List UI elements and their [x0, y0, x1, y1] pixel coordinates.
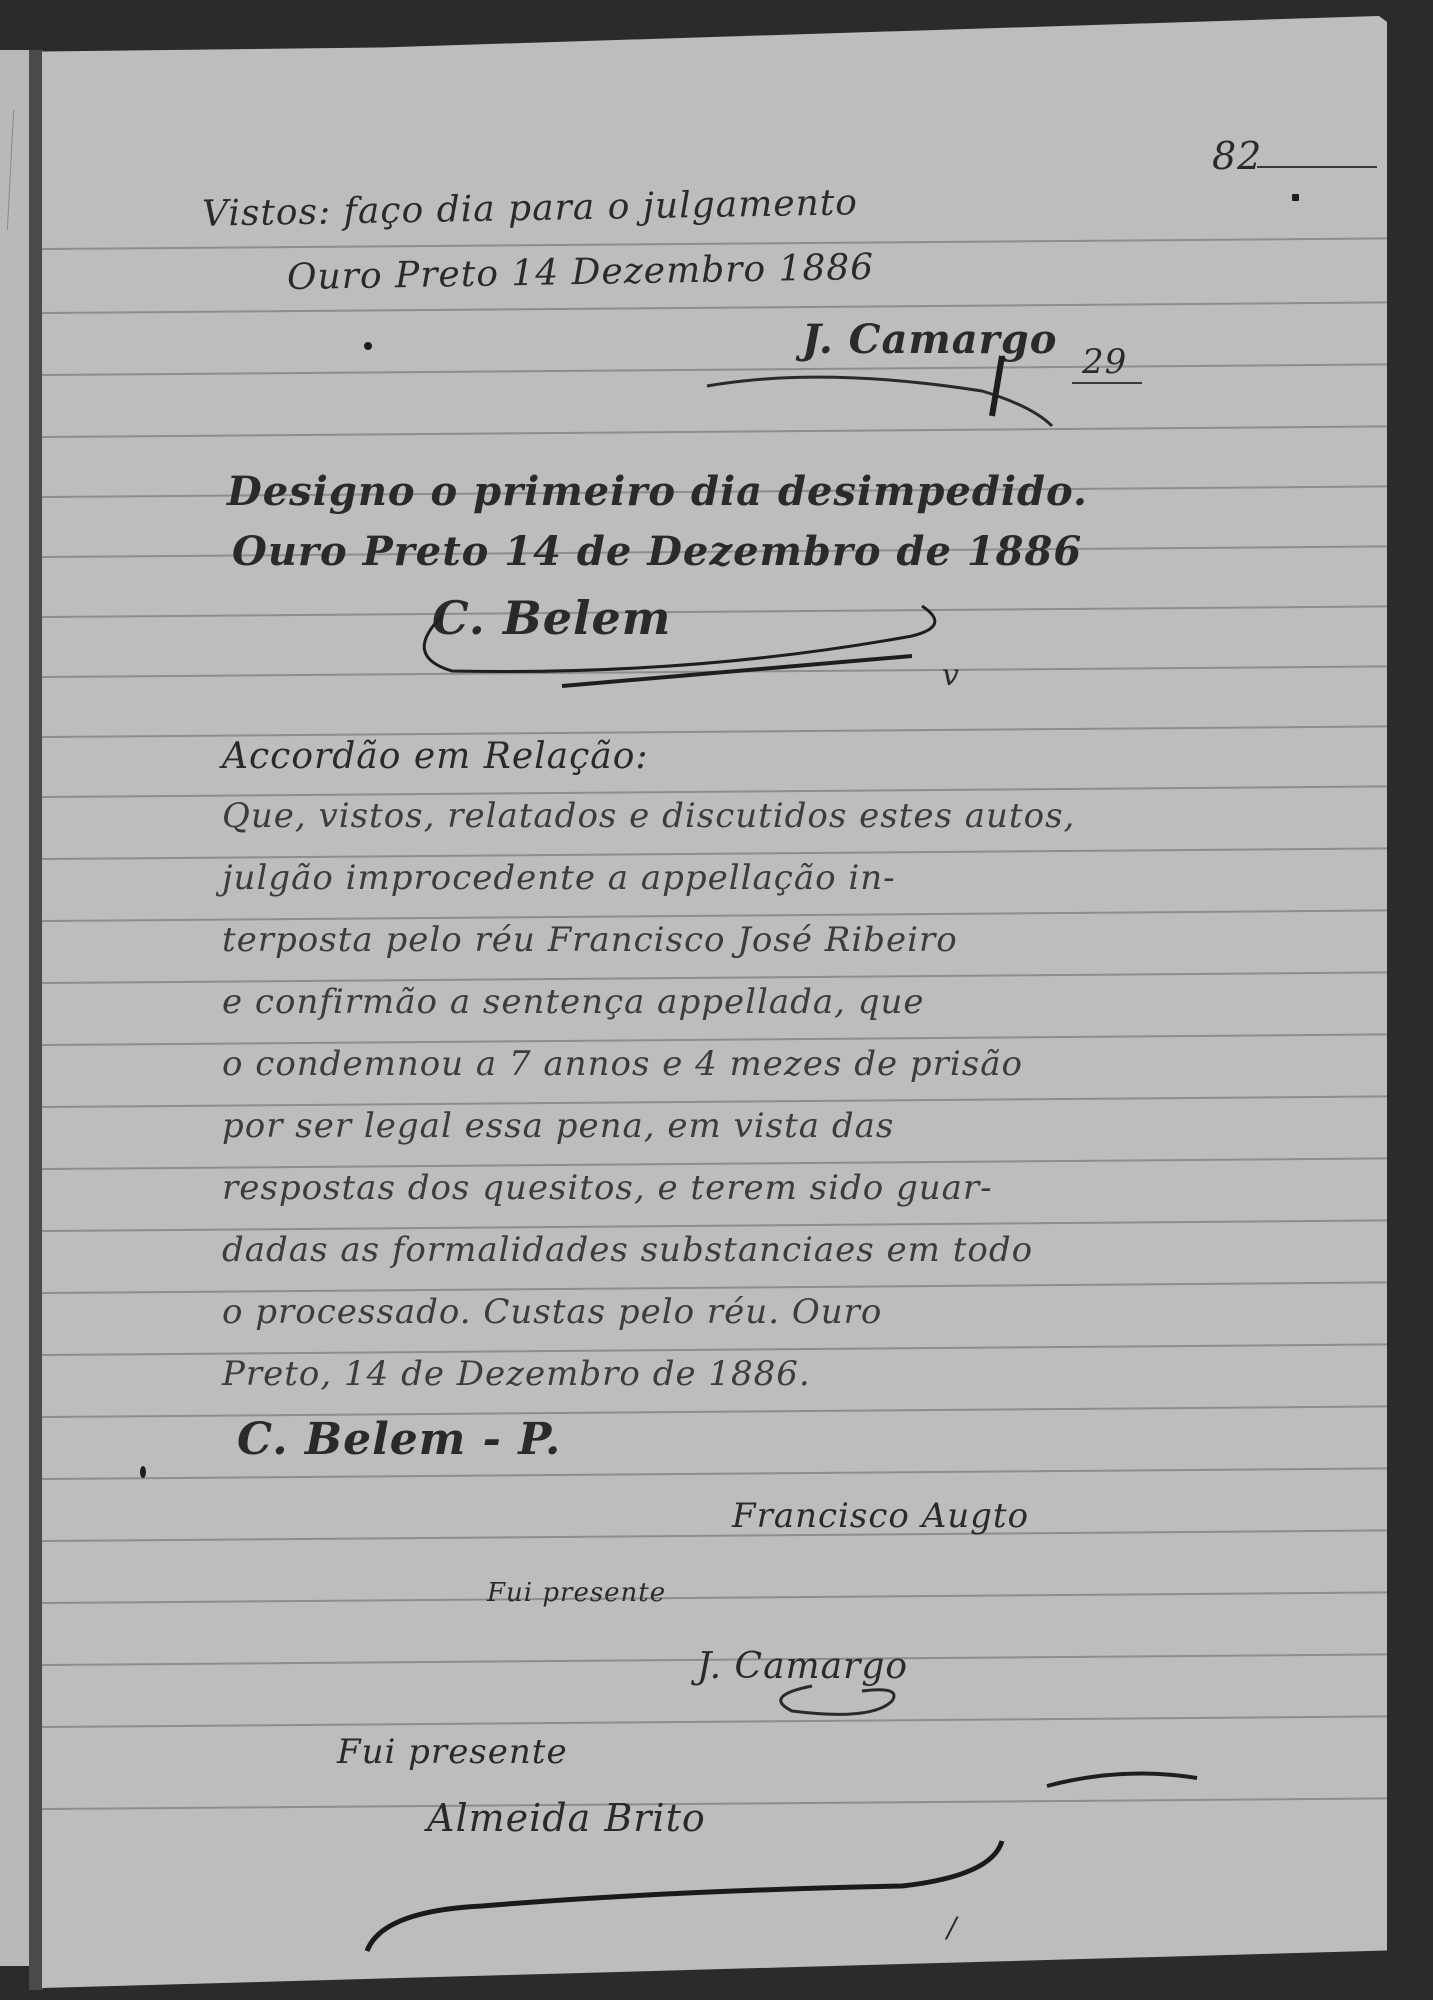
acordao-line: por ser legal essa pena, em vista das — [222, 1106, 894, 1146]
signature-flourish — [362, 1836, 1082, 1956]
fui-presente-2: Fui presente — [337, 1732, 568, 1772]
marginal-number: 29 — [1082, 342, 1127, 382]
acordao-line: terposta pelo réu Francisco José Ribeiro — [222, 920, 958, 960]
rule-line — [42, 1529, 1387, 1541]
rule-line — [42, 1797, 1387, 1809]
despacho-1-line-1: Vistos: faço dia para o julgamento — [202, 182, 859, 234]
acordao-line: respostas dos quesitos, e terem sido gua… — [222, 1168, 993, 1208]
acordao-line: o condemnou a 7 annos e 4 mezes de prisã… — [222, 1044, 1023, 1084]
signature-flourish — [392, 576, 992, 696]
signature-flourish — [722, 1676, 922, 1736]
acordao-line: o processado. Custas pelo réu. Ouro — [222, 1292, 882, 1332]
rule-line — [42, 1591, 1387, 1603]
ink-dot — [1292, 194, 1299, 201]
adjacent-page-edge — [0, 50, 30, 1966]
marginal-underline — [1072, 382, 1142, 384]
folio-underline — [1257, 166, 1377, 168]
fui-presente-1: Fui presente — [487, 1578, 666, 1608]
binding-gutter — [29, 50, 43, 1990]
acordao-line: e confirmão a sentença appellada, que — [222, 982, 925, 1022]
stray-mark: / — [947, 1911, 957, 1944]
folio-number: 82 — [1212, 134, 1262, 178]
despacho-2-line-2: Ouro Preto 14 de Dezembro de 1886 — [232, 528, 1082, 575]
despacho-1-line-2: Ouro Preto 14 Dezembro 1886 — [287, 247, 875, 298]
despacho-2-line-1: Designo o primeiro dia desimpedido. — [227, 468, 1088, 515]
rule-line — [42, 1715, 1387, 1727]
signature-francisco: Francisco Augto — [732, 1496, 1029, 1536]
signature-belem: C. Belem - P. — [237, 1414, 561, 1465]
acordao-line: Preto, 14 de Dezembro de 1886. — [222, 1354, 811, 1394]
rule-line — [42, 1467, 1387, 1479]
signature-flourish — [702, 346, 1122, 436]
check-mark: v — [942, 658, 960, 693]
paper-crack — [7, 110, 14, 230]
manuscript-page: 82 Vistos: faço dia para o julgamento Ou… — [42, 16, 1387, 1988]
acordao-line: julgão improcedente a appellação in- — [222, 858, 896, 898]
signature-flourish — [1042, 1766, 1202, 1796]
rule-line — [42, 237, 1387, 249]
rule-line — [42, 301, 1387, 313]
signature-almeida-brito: Almeida Brito — [427, 1796, 706, 1840]
acordao-heading: Accordão em Relação: — [222, 736, 649, 777]
acordao-line: dadas as formalidades substanciaes em to… — [222, 1230, 1033, 1270]
ink-dot — [364, 342, 372, 350]
ink-dot — [140, 1466, 146, 1478]
acordao-line: Que, vistos, relatados e discutidos este… — [222, 796, 1075, 836]
